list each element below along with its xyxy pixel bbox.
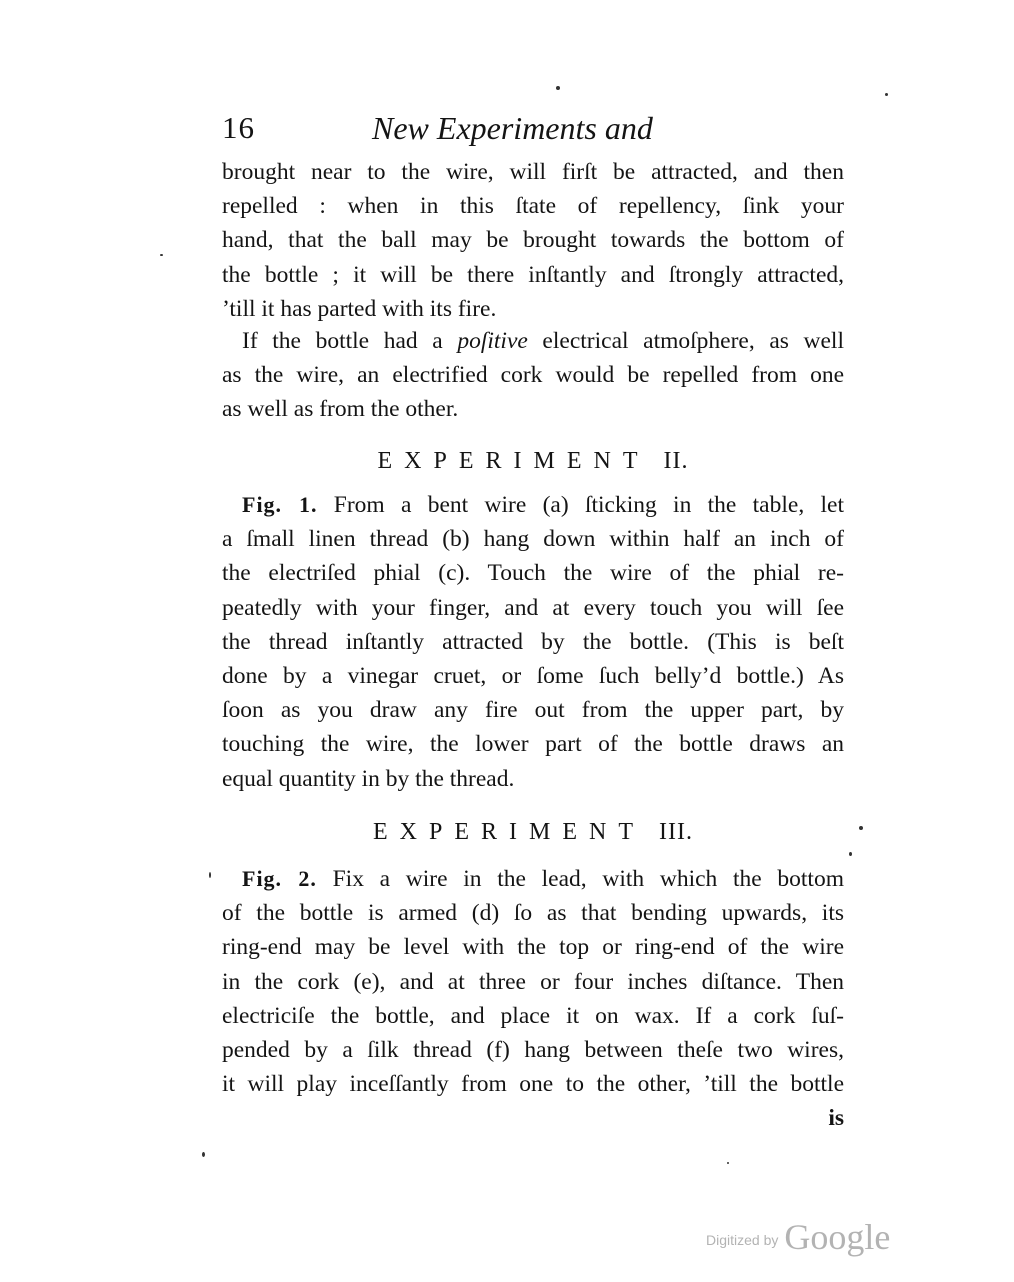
text-line: hand, that the ball may be brought towar… xyxy=(222,223,844,257)
scan-speck xyxy=(885,93,888,96)
scan-speck xyxy=(859,826,863,830)
text-line: the bottle ; it will be there inſtantly … xyxy=(222,258,844,292)
experiment-2-body: Fig. 1. From a bent wire (a) ſticking in… xyxy=(222,488,844,796)
scan-speck xyxy=(160,254,163,256)
positive-atmosphere-paragraph: If the bottle had a poſitive electrical … xyxy=(222,324,844,427)
running-title: New Experiments and xyxy=(372,108,653,148)
text-line: ring-end may be level with the top or ri… xyxy=(222,930,844,964)
experiment-3-heading: EXPERIMENTIII. xyxy=(222,815,844,849)
text-line: done by a vinegar cruet, or ſome ſuch be… xyxy=(222,659,844,693)
scan-speck xyxy=(556,86,560,90)
text-line: a ſmall linen thread (b) hang down withi… xyxy=(222,522,844,556)
figure-label: Fig. 2. xyxy=(242,866,317,891)
scan-speck xyxy=(727,1162,729,1164)
text-line: of the bottle is armed (d) ſo as that be… xyxy=(222,896,844,930)
experiment-3-body: Fig. 2. Fix a wire in the lead, with whi… xyxy=(222,862,844,1136)
text-line: equal quantity in by the thread. xyxy=(222,762,844,796)
text-line: brought near to the wire, will firſt be … xyxy=(222,155,844,189)
text-line: pended by a ſilk thread (f) hang between… xyxy=(222,1033,844,1067)
google-logo: Google xyxy=(784,1217,890,1257)
scan-speck xyxy=(849,852,852,856)
text-line: electriciſe the bottle, and place it on … xyxy=(222,999,844,1033)
text-line: If the bottle had a poſitive electrical … xyxy=(222,324,844,358)
text-line: as the wire, an electrified cork would b… xyxy=(222,358,844,392)
text-line: in the cork (e), and at three or four in… xyxy=(222,965,844,999)
text-line: it will play inceſſantly from one to the… xyxy=(222,1067,844,1101)
text-line: Fig. 1. From a bent wire (a) ſticking in… xyxy=(222,488,844,522)
text-line: ’till it has parted with its fire. xyxy=(222,292,844,326)
text-line: as well as from the other. xyxy=(222,392,844,426)
digitized-by-label: Digitized by xyxy=(706,1232,778,1248)
italic-term: poſitive xyxy=(457,328,527,354)
experiment-2-heading: EXPERIMENTII. xyxy=(222,444,844,478)
text-line: ſoon as you draw any fire out from the u… xyxy=(222,693,844,727)
catchword: is xyxy=(222,1101,844,1135)
page-number: 16 xyxy=(222,108,255,148)
text-line: Fig. 2. Fix a wire in the lead, with whi… xyxy=(222,862,844,896)
book-page: 16 New Experiments and brought near to t… xyxy=(0,0,1014,1282)
text-line: repelled : when in this ſtate of repelle… xyxy=(222,189,844,223)
text-line: peatedly with your finger, and at every … xyxy=(222,591,844,625)
running-head: 16 New Experiments and xyxy=(222,108,842,148)
figure-label: Fig. 1. xyxy=(242,492,317,517)
continuation-paragraph: brought near to the wire, will firſt be … xyxy=(222,155,844,326)
text-line: touching the wire, the lower part of the… xyxy=(222,727,844,761)
digitized-watermark: Digitized by Google xyxy=(706,1216,890,1258)
text-line: the thread inſtantly attracted by the bo… xyxy=(222,625,844,659)
text-line: the electriſed phial (c). Touch the wire… xyxy=(222,556,844,590)
scan-speck xyxy=(209,872,211,878)
scan-speck xyxy=(202,1152,205,1157)
